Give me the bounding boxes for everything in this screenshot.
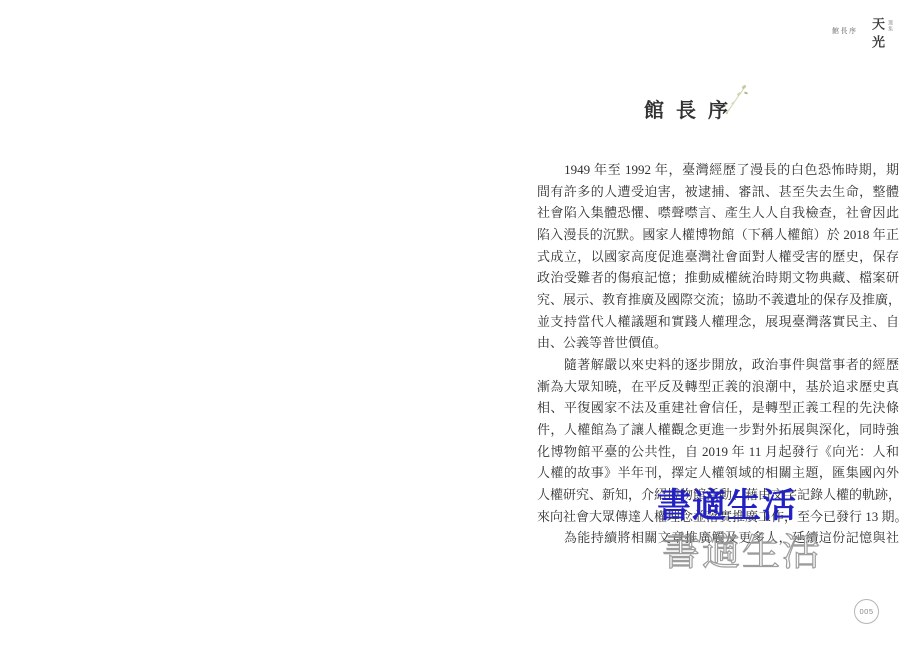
- text-line: 社會陷入集體恐懼、噤聲噤言、產生人人自我檢查，社會因此: [537, 202, 899, 224]
- text-line: 式成立，以國家高度促進臺灣社會面對人權受害的歷史，保存: [537, 246, 899, 268]
- watermark-gray-outline: 書適生活: [662, 521, 822, 576]
- text-line: 間有許多的人遭受迫害，被逮捕、審訊、甚至失去生命，整體: [537, 181, 899, 203]
- text-line: 1949 年至 1992 年，臺灣經歷了漫長的白色恐怖時期，期: [537, 159, 899, 181]
- text-line: 隨著解嚴以來史料的逐步開放，政治事件與當事者的經歷: [537, 354, 899, 376]
- text-line: 相、平復國家不法及重建社會信任，是轉型正義工程的先決條: [537, 397, 899, 419]
- text-line: 由、公義等普世價值。: [537, 332, 899, 354]
- leaf-sprig-icon: [720, 80, 752, 120]
- text-line: 陷入漫長的沉默。國家人權博物館（下稱人權館）於 2018 年正: [537, 224, 899, 246]
- text-line: 並支持當代人權議題和實踐人權理念，展現臺灣落實民主、自: [537, 311, 899, 333]
- book-page-spread: 館長序 天光 選集 館長序 1949 年至 1992 年，臺灣經歷了漫長的白色恐…: [0, 0, 917, 650]
- text-line: 化博物館平臺的公共性，自 2019 年 11 月起發行《向光：人和: [537, 441, 899, 463]
- text-line: 究、展示、教育推廣及國際交流；協助不義遺址的保存及推廣，: [537, 289, 899, 311]
- book-title-sub-label: 選集: [886, 20, 893, 32]
- running-header-chapter: 館長序: [832, 26, 858, 36]
- text-line: 件，人權館為了讓人權觀念更進一步對外拓展與深化，同時強: [537, 419, 899, 441]
- text-line: 漸為大眾知曉，在平反及轉型正義的浪潮中，基於追求歷史真: [537, 376, 899, 398]
- left-page-blank: [0, 0, 458, 650]
- text-line: 政治受難者的傷痕記憶；推動威權統治時期文物典藏、檔案研: [537, 267, 899, 289]
- page-number-badge: 005: [854, 599, 879, 624]
- watermark-blue: 書適生活: [657, 478, 797, 527]
- book-title-vertical: 天光: [868, 17, 887, 53]
